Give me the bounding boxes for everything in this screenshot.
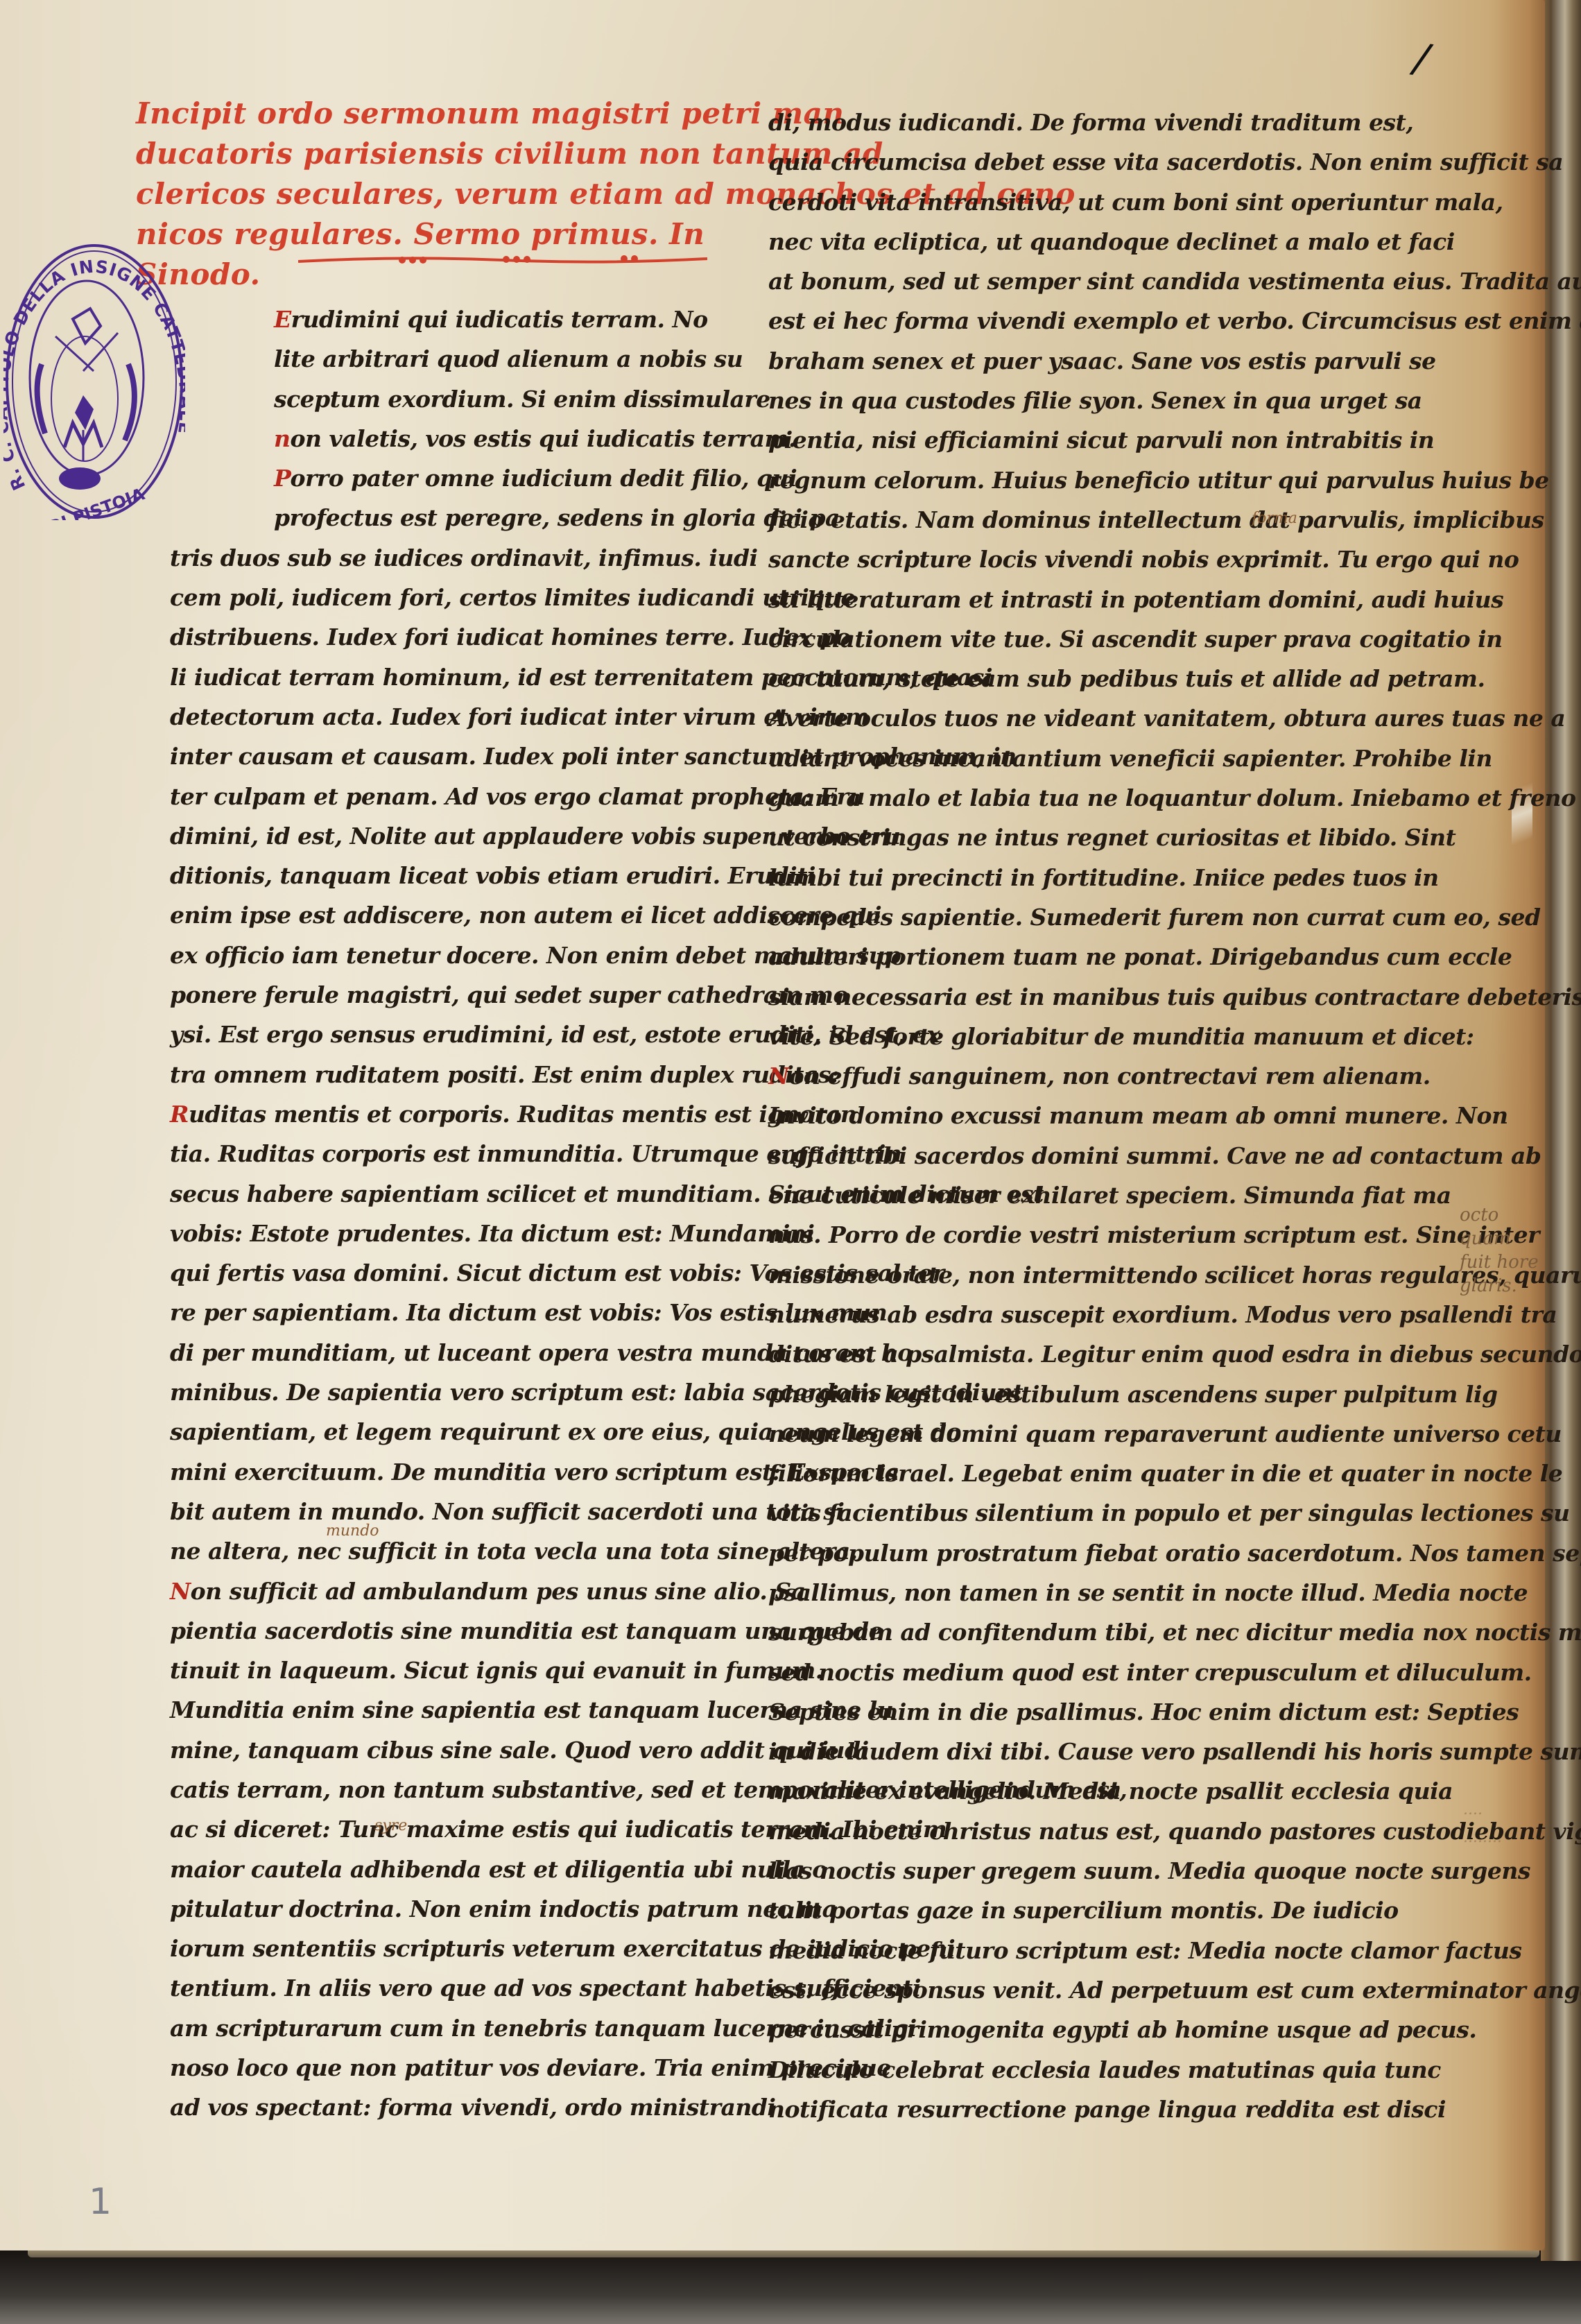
rubricated-initial: N <box>170 1578 191 1605</box>
text-line: circulationem vite tue. Si ascendit supe… <box>768 619 1441 659</box>
text-line: quia circumcisa debet esse vita sacerdot… <box>768 142 1441 182</box>
text-line: regnum celorum. Huius beneficio utitur q… <box>768 461 1441 500</box>
text-line: ex officio iam tenetur docere. Non enim … <box>170 936 763 975</box>
text-line: Non sufficit ad ambulandum pes unus sine… <box>170 1572 763 1611</box>
text-line: at bonum, sed ut semper sint candida ves… <box>768 261 1441 301</box>
text-line: distribuens. Iudex fori iudicat homines … <box>170 617 763 657</box>
text-line: sti litteraturam et intrasti in potentia… <box>768 580 1441 619</box>
rubric-line: clericos seculares, verum etiam ad monac… <box>136 174 732 214</box>
faded-note-line: .... <box>1463 1796 1502 1824</box>
text-line: li iudicat terram hominum, id est terren… <box>170 657 763 697</box>
faded-note-line: ........ <box>1463 1824 1502 1852</box>
faded-note-line: ....... <box>1463 1852 1502 1879</box>
text-line: cor tuum, stete eam sub pedibus tuis et … <box>768 659 1441 698</box>
text-line: di per munditiam, ut luceant opera vestr… <box>170 1333 763 1372</box>
interlinear-gloss: forma <box>1252 510 1297 527</box>
text-line: sufficit tibi sacerdos domini summi. Cav… <box>768 1136 1441 1176</box>
text-line: braham senex et puer ysaac. Sane vos est… <box>768 341 1441 381</box>
interlinear-gloss: syre <box>374 1817 407 1834</box>
manuscript-leaf: / Incipit ordo sermonum magistri petri m… <box>0 0 1545 2250</box>
text-line: adulteri portionem tuam ne ponat. Dirige… <box>768 937 1441 976</box>
margin-note-line: fuit hore <box>1460 1250 1545 1274</box>
text-line: compedes sapientie. Sumederit furem non … <box>768 897 1441 937</box>
text-line: ysi. Est ergo sensus erudimini, id est, … <box>170 1015 763 1054</box>
text-line: ponere ferule magistri, qui sedet super … <box>170 975 763 1015</box>
text-line: Diluculo celebrat ecclesia laudes matuti… <box>768 2050 1441 2090</box>
text-line: Invito domino excussi manum meam ab omni… <box>768 1096 1441 1135</box>
text-line: mini exercituum. De munditia vero script… <box>170 1452 763 1492</box>
text-line: iorum sententiis scripturis veterum exer… <box>170 1929 763 1968</box>
text-line: noso loco que non patitur vos deviare. T… <box>170 2048 763 2088</box>
text-column-left: Erudimini qui iudicatis terram. No lite … <box>170 300 763 2128</box>
text-line: Averte oculos tuos ne videant vanitatem,… <box>768 698 1441 738</box>
text-line: nus. Porro de cordie vestri misterium sc… <box>768 1215 1441 1255</box>
text-line: sceptum exordium. Si enim dissimulare <box>170 379 763 419</box>
text-line: profectus est peregre, sedens in gloria … <box>170 498 763 537</box>
text-line: notificata resurrectione pange lingua re… <box>768 2090 1441 2129</box>
margin-note-line: glaris. <box>1460 1274 1545 1298</box>
rubric-flourish-icon <box>298 253 707 267</box>
text-line: catis terram, non tantum substantive, se… <box>170 1770 763 1809</box>
text-line: psallimus, non tamen in se sentit in noc… <box>768 1573 1441 1612</box>
text-line: Porro pater omne iudicium dedit filio, q… <box>170 458 763 498</box>
text-line: neum legem domini quam reparaverunt audi… <box>768 1414 1441 1454</box>
rubric-line: Incipit ordo sermonum magistri petri man <box>136 94 732 134</box>
text-line: est: ecce sponsus venit. Ad perpetuum es… <box>768 1970 1441 2010</box>
text-line: phegiam legit in vestibulum ascendens su… <box>768 1375 1441 1414</box>
rubricated-initial: R <box>170 1101 189 1128</box>
interlinear-gloss: mundo <box>326 1522 379 1540</box>
text-line: re per sapientiam. Ita dictum est vobis:… <box>170 1293 763 1332</box>
text-line: dimini, id est, Nolite aut applaudere vo… <box>170 816 763 856</box>
text-line: ac si diceret: Tunc maxime estis qui iud… <box>170 1809 763 1849</box>
text-line: in die laudem dixi tibi. Cause vero psal… <box>768 1732 1441 1771</box>
text-line: percussit primogenita egypti ab homine u… <box>768 2010 1441 2049</box>
text-line: siam necessaria est in manibus tuis quib… <box>768 977 1441 1017</box>
text-line: ficio etatis. Nam dominus intellectum da… <box>768 500 1441 540</box>
text-line: lias noctis super gregem suum. Media quo… <box>768 1851 1441 1891</box>
text-line: ter culpam et penam. Ad vos ergo clamat … <box>170 777 763 816</box>
text-line: sed noctis medium quod est inter crepusc… <box>768 1653 1441 1692</box>
library-stamp-icon: R. C. CAPITOLO DELLA INSIGNE CATTEDRALE … <box>3 239 185 520</box>
book-binding-edge <box>1541 0 1581 2261</box>
rubricated-initial: E <box>274 306 291 333</box>
text-line: ne altera, nec sufficit in tota vecla un… <box>170 1531 763 1571</box>
rubricated-initial: P <box>274 465 290 492</box>
text-line: ene cuticule miser exhilaret speciem. Si… <box>768 1176 1441 1215</box>
text-line: vite. Sed forte gloriabitur de munditia … <box>768 1017 1441 1056</box>
text-line: ad vos spectant: forma vivendi, ordo min… <box>170 2088 763 2127</box>
text-line: minibus. De sapientia vero scriptum est:… <box>170 1372 763 1412</box>
text-line: guam a malo et labia tua ne loquantur do… <box>768 778 1441 818</box>
text-line: vitis facientibus silentium in populo et… <box>768 1493 1441 1533</box>
text-line: filiorum israel. Legebat enim quater in … <box>768 1454 1441 1493</box>
text-line: ditus est a psalmista. Legitur enim quod… <box>768 1334 1441 1374</box>
text-line: pientia, nisi efficiamini sicut parvuli … <box>768 420 1441 460</box>
text-line: nes in qua custodes filie syon. Senex in… <box>768 381 1441 420</box>
text-line: tulit portas gaze in supercilium montis.… <box>768 1891 1441 1930</box>
text-line: vobis: Estote prudentes. Ita dictum est:… <box>170 1214 763 1253</box>
faded-margin-note: .... ........ ....... <box>1463 1796 1502 1879</box>
text-line: Erudimini qui iudicatis terram. No <box>170 300 763 339</box>
text-line: non valetis, vos estis qui iudicatis ter… <box>170 419 763 458</box>
text-line: numerus ab esdra suscepit exordium. Modu… <box>768 1295 1441 1334</box>
text-line: di, modus iudicandi. De forma vivendi tr… <box>768 103 1441 142</box>
text-line: secus habere sapientiam scilicet et mund… <box>170 1174 763 1214</box>
text-line: per populum prostratum fiebat oratio sac… <box>768 1533 1441 1573</box>
text-line: qui fertis vasa domini. Sicut dictum est… <box>170 1253 763 1293</box>
text-line: maxime ex evangelio. Media nocte psallit… <box>768 1771 1441 1811</box>
text-line: am scripturarum cum in tenebris tanquam … <box>170 2008 763 2048</box>
text-line: Non effudi sanguinem, non contrectavi re… <box>768 1056 1441 1096</box>
text-line: Septies enim in die psallimus. Hoc enim … <box>768 1692 1441 1732</box>
text-line: media nocte christus natus est, quando p… <box>768 1811 1441 1851</box>
rubricated-initial: n <box>274 425 291 452</box>
text-line: ditionis, tanquam liceat vobis etiam eru… <box>170 856 763 895</box>
text-line: tra omnem ruditatem positi. Est enim dup… <box>170 1055 763 1094</box>
text-line: cerdoti vita intransitiva, ut cum boni s… <box>768 182 1441 222</box>
text-line: enim ipse est addiscere, non autem ei li… <box>170 895 763 935</box>
margin-note-line: octo quam <box>1460 1203 1545 1250</box>
text-line: ut constringas ne intus regnet curiosita… <box>768 818 1441 857</box>
text-line: est ei hec forma vivendi exemplo et verb… <box>768 301 1441 341</box>
text-line: sancte scripture locis vivendi nobis exp… <box>768 540 1441 579</box>
text-line: lumbi tui precincti in fortitudine. Inii… <box>768 858 1441 897</box>
text-line: cem poli, iudicem fori, certos limites i… <box>170 578 763 617</box>
text-line: tia. Ruditas corporis est inmunditia. Ut… <box>170 1134 763 1173</box>
rubricated-initial: N <box>768 1062 789 1090</box>
text-line: tris duos sub se iudices ordinavit, infi… <box>170 538 763 578</box>
rubric-line: nicos regulares. Sermo primus. In <box>136 214 732 255</box>
text-line: tinuit in laqueum. Sicut ignis qui evanu… <box>170 1651 763 1690</box>
stamp-text-bottom: DI PISTOIA <box>46 484 148 520</box>
text-line: media nocte futuro scriptum est: Media n… <box>768 1931 1441 1970</box>
text-line: mine, tanquam cibus sine sale. Quod vero… <box>170 1730 763 1770</box>
folio-mark: / <box>1411 34 1431 83</box>
text-column-right: di, modus iudicandi. De forma vivendi tr… <box>768 103 1441 2129</box>
text-line: udiant voces incantantium veneficii sapi… <box>768 739 1441 778</box>
pencil-folio-number: 1 <box>89 2181 112 2223</box>
text-line: pitulatur doctrina. Non enim indoctis pa… <box>170 1889 763 1929</box>
text-line: detectorum acta. Iudex fori iudicat inte… <box>170 697 763 737</box>
text-line: maior cautela adhibenda est et diligenti… <box>170 1850 763 1889</box>
text-line: sapientiam, et legem requirunt ex ore ei… <box>170 1412 763 1452</box>
text-line: lite arbitrari quod alienum a nobis su <box>170 339 763 379</box>
rubric-line: ducatoris parisiensis civilium non tantu… <box>136 134 732 174</box>
text-line: nec vita ecliptica, ut quandoque decline… <box>768 222 1441 261</box>
text-line: Ruditas mentis et corporis. Ruditas ment… <box>170 1094 763 1134</box>
text-line: bit autem in mundo. Non sufficit sacerdo… <box>170 1492 763 1531</box>
margin-note: octo quam fuit hore glaris. <box>1460 1203 1545 1298</box>
text-line: Munditia enim sine sapientia est tanquam… <box>170 1690 763 1730</box>
text-line: inter causam et causam. Iudex poli inter… <box>170 737 763 776</box>
text-line: tentium. In aliis vero que ad vos specta… <box>170 1968 763 2008</box>
text-line: surgebam ad confitendum tibi, et nec dic… <box>768 1612 1441 1652</box>
text-line: pientia sacerdotis sine munditia est tan… <box>170 1611 763 1651</box>
text-line: missione orate, non intermittendo scilic… <box>768 1255 1441 1295</box>
